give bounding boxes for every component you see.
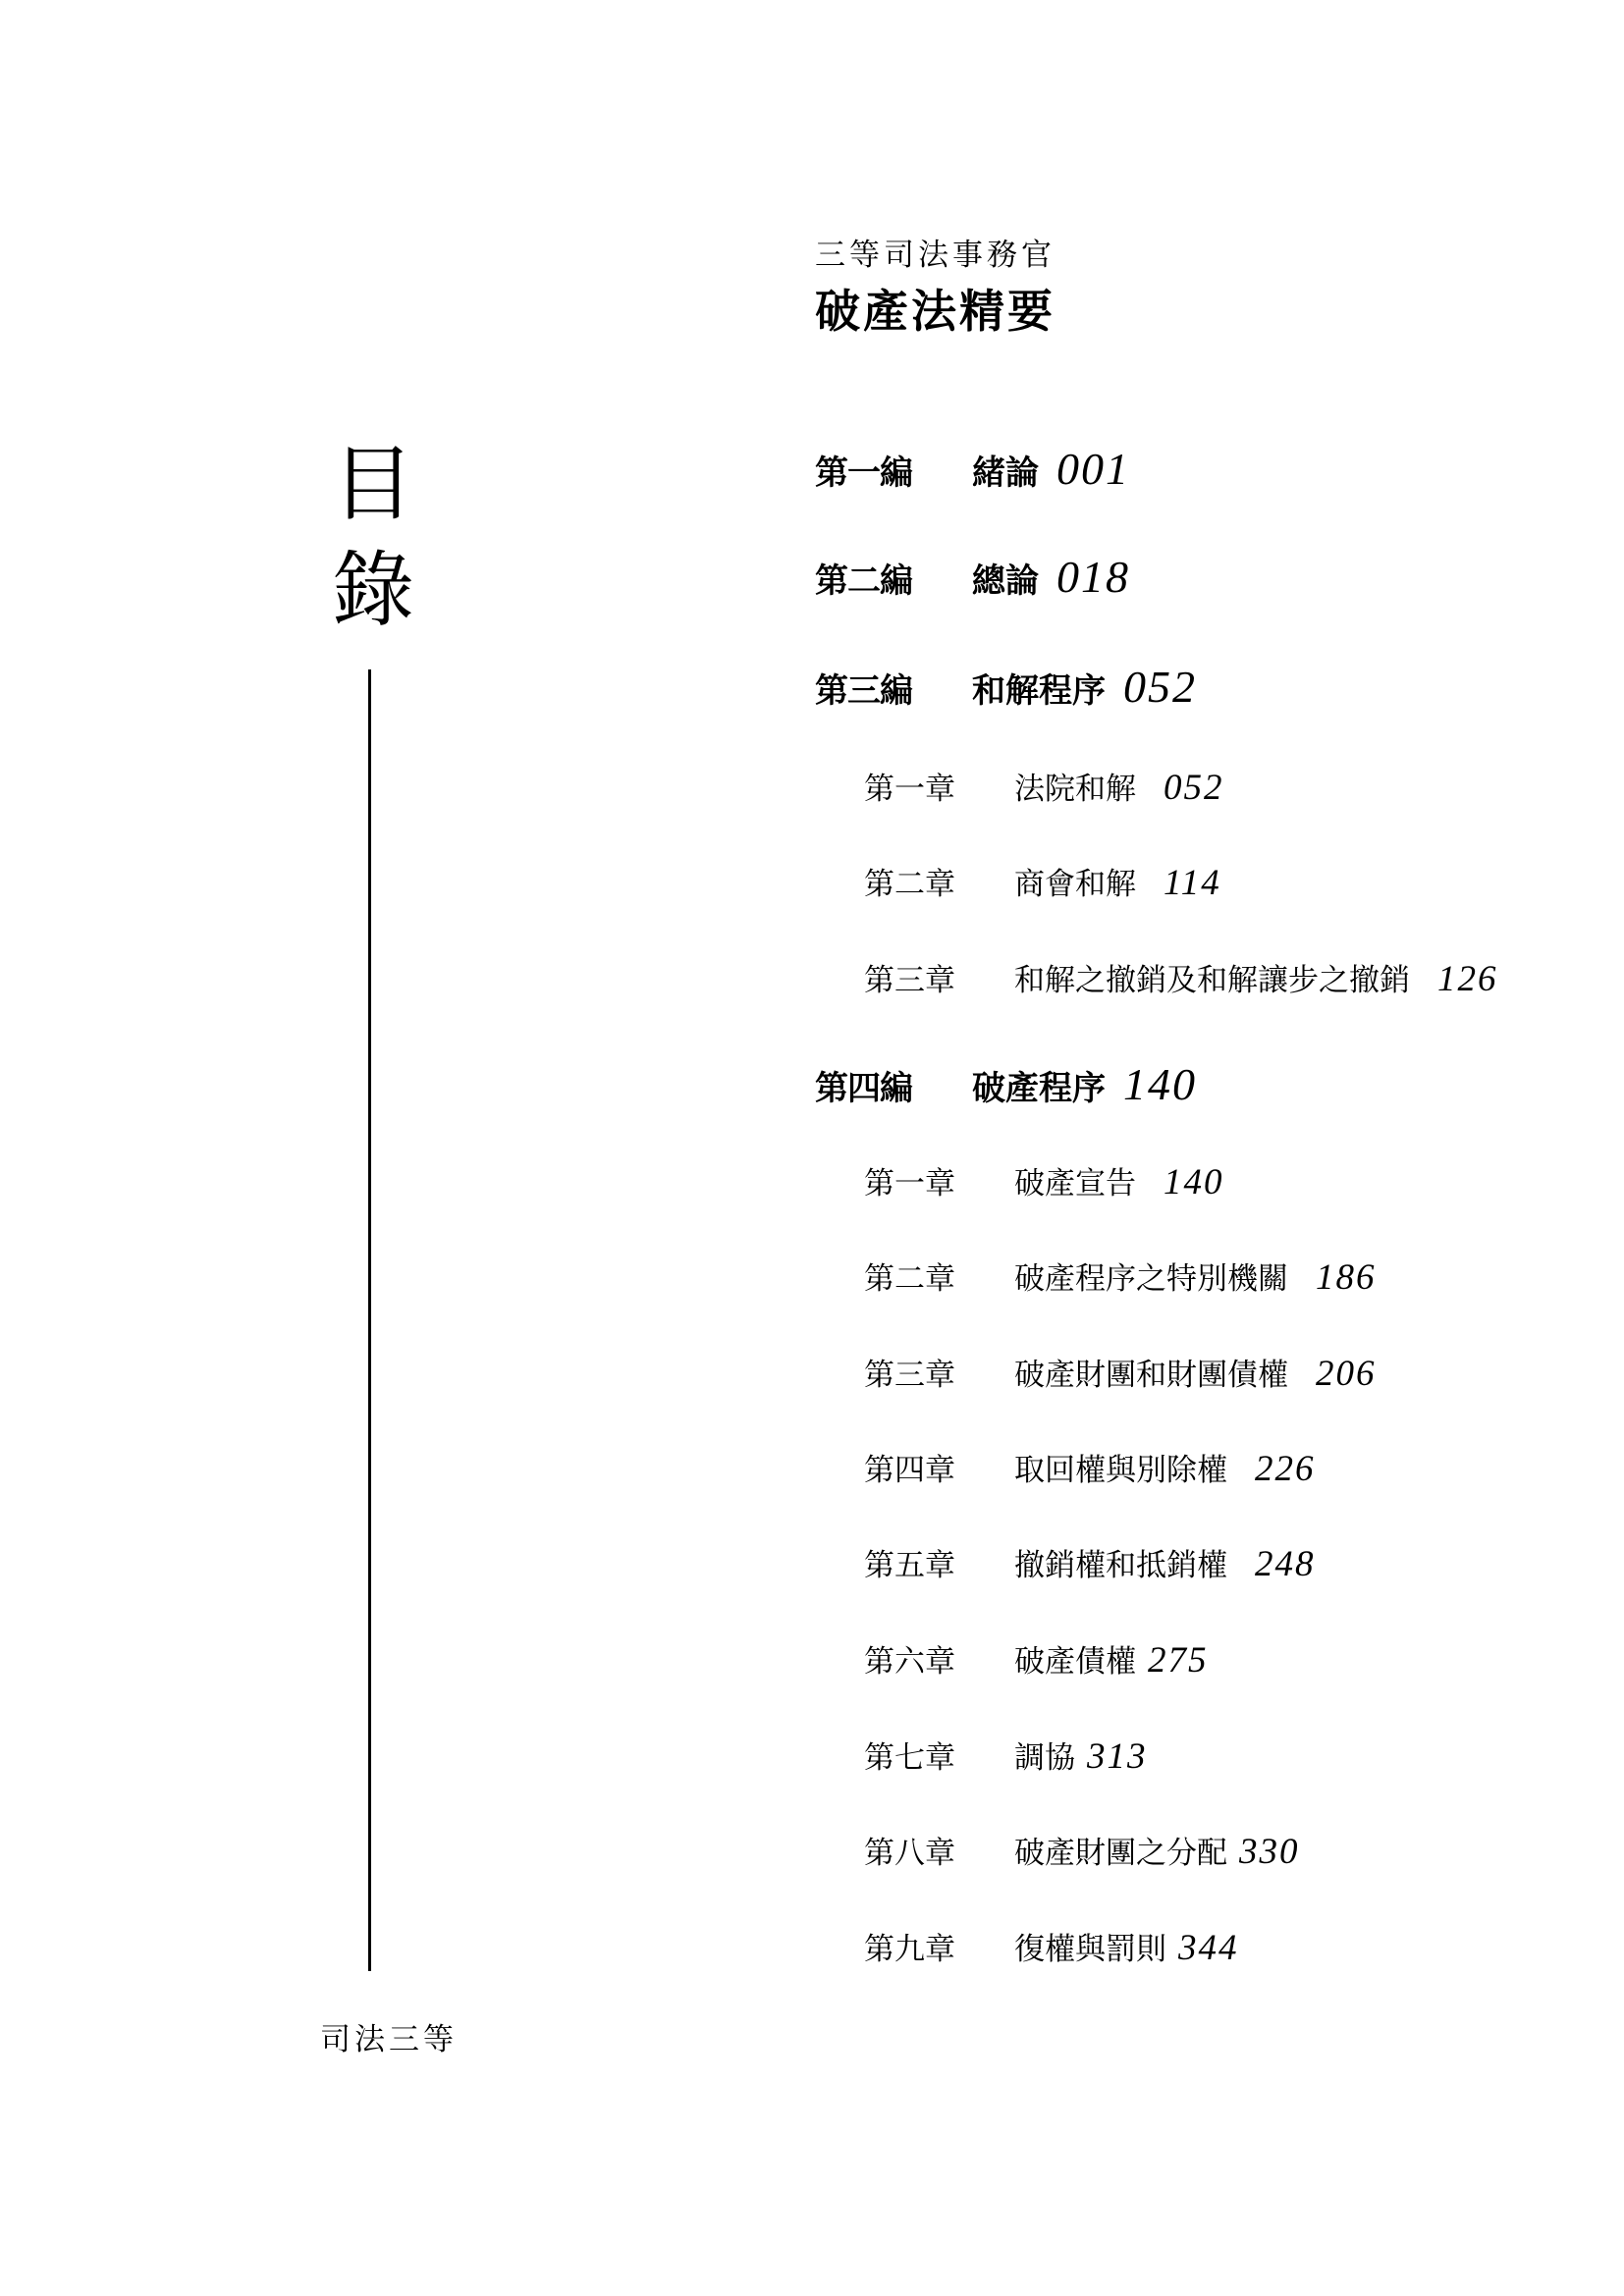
toc-chapter[interactable]: 第三章和解之撤銷及和解讓步之撤銷126 [864,960,1498,1000]
page-number: 052 [1123,662,1197,712]
toc-chapter[interactable]: 第三章破產財團和財團債權206 [864,1355,1377,1395]
toc-chapter[interactable]: 第一章破產宣告140 [864,1163,1224,1203]
chapter-number: 第三章 [864,961,1014,1000]
chapter-title: 商會和解 [1014,867,1136,901]
book-title: 破產法精要 [815,285,1056,338]
toc-part-2[interactable]: 第二編總論018 [815,555,1130,604]
page-number: 140 [1164,1162,1224,1202]
part-title: 緒論 [972,454,1039,493]
page-number: 313 [1087,1736,1148,1777]
part-number: 第四編 [815,1066,972,1111]
toc-chapter[interactable]: 第九章復權與罰則344 [864,1929,1239,1969]
toc-heading-char-2: 錄 [332,546,414,634]
toc-chapter[interactable]: 第二章破產程序之特別機關186 [864,1258,1377,1299]
page-number: 344 [1178,1928,1239,1968]
chapter-title: 撤銷權和抵銷權 [1014,1548,1227,1582]
page-number: 018 [1056,552,1130,602]
part-title: 破產程序 [972,1069,1106,1108]
chapter-number: 第一章 [864,1164,1014,1203]
chapter-title: 破產財團之分配 [1014,1836,1227,1870]
toc-chapter[interactable]: 第五章撤銷權和抵銷權248 [864,1545,1316,1585]
book-subtitle: 三等司法事務官 [815,236,1056,275]
chapter-number: 第二章 [864,1259,1014,1299]
page-number: 206 [1316,1354,1377,1394]
chapter-number: 第九章 [864,1930,1014,1969]
chapter-number: 第七章 [864,1738,1014,1778]
page-number: 052 [1164,768,1224,808]
toc-chapter[interactable]: 第六章破產債權275 [864,1641,1209,1682]
chapter-title: 調協 [1014,1740,1075,1775]
toc-chapter[interactable]: 第四章取回權與別除權226 [864,1450,1316,1490]
page-number: 001 [1056,444,1130,494]
page-number: 275 [1148,1640,1209,1681]
vertical-divider [368,669,371,1971]
chapter-title: 破產宣告 [1014,1166,1136,1201]
page-number: 226 [1255,1449,1316,1489]
toc-chapter[interactable]: 第八章破產財團之分配330 [864,1833,1300,1873]
part-number: 第二編 [815,559,972,604]
chapter-title: 復權與罰則 [1014,1932,1166,1966]
chapter-number: 第二章 [864,865,1014,904]
page-number: 126 [1437,959,1498,999]
part-number: 第三編 [815,668,972,714]
toc-chapter[interactable]: 第一章法院和解052 [864,769,1224,809]
page-number: 140 [1123,1059,1197,1109]
part-title: 和解程序 [972,671,1106,711]
chapter-title: 破產債權 [1014,1644,1136,1679]
chapter-number: 第三章 [864,1356,1014,1395]
chapter-title: 法院和解 [1014,772,1136,806]
page-number: 330 [1239,1832,1300,1872]
page-number: 248 [1255,1544,1316,1584]
chapter-number: 第一章 [864,770,1014,809]
chapter-number: 第六章 [864,1642,1014,1682]
chapter-title: 和解之撤銷及和解讓步之撤銷 [1014,963,1410,997]
chapter-number: 第八章 [864,1834,1014,1873]
page-number: 114 [1164,863,1221,903]
toc-chapter[interactable]: 第七章調協313 [864,1737,1148,1778]
chapter-title: 破產財團和財團債權 [1014,1358,1288,1392]
toc-part-4[interactable]: 第四編破產程序140 [815,1062,1197,1111]
toc-part-3[interactable]: 第三編和解程序052 [815,665,1197,714]
page-number: 186 [1316,1257,1377,1298]
page-footer-label: 司法三等 [320,2014,458,2058]
toc-part-1[interactable]: 第一編緒論001 [815,447,1130,496]
chapter-number: 第五章 [864,1546,1014,1585]
part-number: 第一編 [815,451,972,496]
chapter-title: 破產程序之特別機關 [1014,1261,1288,1296]
chapter-number: 第四章 [864,1451,1014,1490]
chapter-title: 取回權與別除權 [1014,1453,1227,1487]
part-title: 總論 [972,561,1039,601]
toc-heading-char-1: 目 [332,440,414,528]
toc-chapter[interactable]: 第二章商會和解114 [864,864,1221,904]
